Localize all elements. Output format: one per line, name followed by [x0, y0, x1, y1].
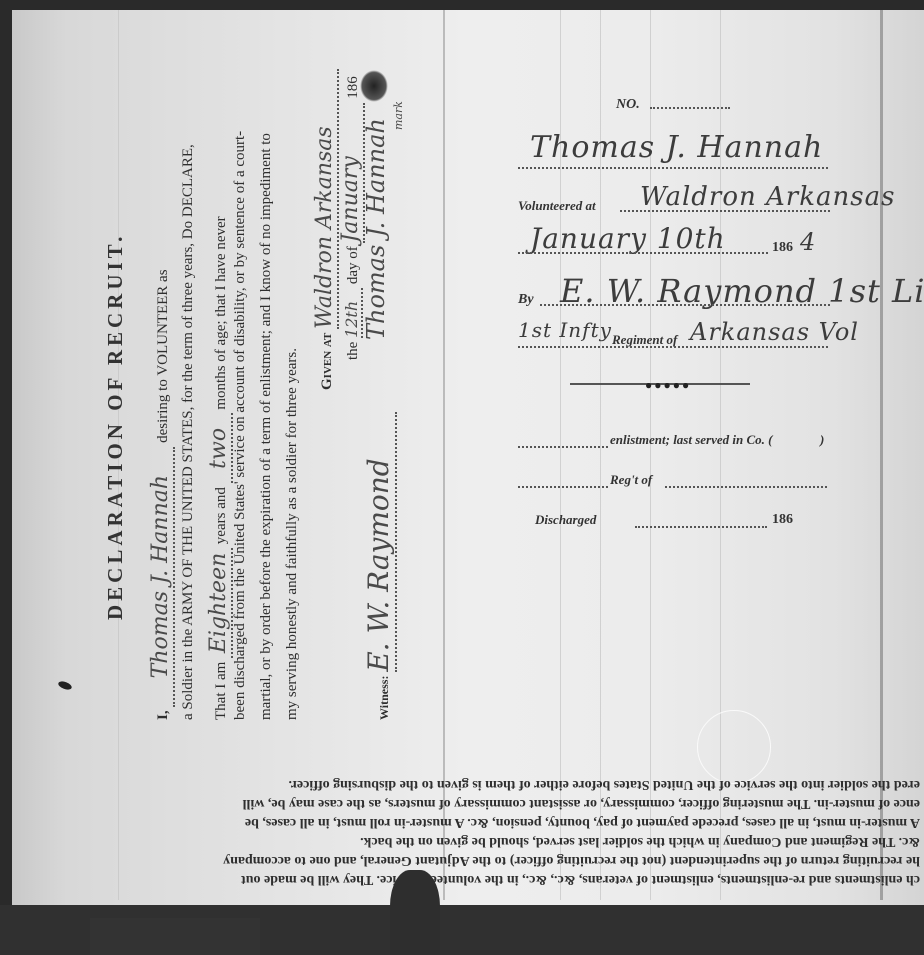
declaration-line-1: I, Thomas J. Hannah desiring to VOLUNTEE…: [148, 269, 175, 720]
declaration-line-6: my serving honestly and faithfully as a …: [284, 348, 301, 720]
date-field-line: [518, 252, 768, 254]
age-years-handwritten: Eighteen: [206, 548, 233, 658]
witness-label: Witness:: [377, 676, 391, 720]
signature-mark-label: mark: [392, 101, 405, 130]
regiment-state-handwritten: Arkansas Vol: [690, 318, 859, 346]
volunteered-year-digit-handwritten: 4: [800, 228, 816, 256]
enlistment-close-paren: ): [820, 432, 824, 448]
date-day-handwritten: 12th: [342, 288, 363, 338]
volunteered-at-label: Volunteered at: [518, 198, 596, 214]
declaration-line-5: martial, or by order before the expirati…: [258, 133, 275, 720]
line1-prefix: I,: [155, 710, 171, 720]
age-months-handwritten: two: [206, 413, 233, 483]
given-at-place-handwritten: Waldron Arkansas: [312, 69, 339, 329]
line3-middle: years and: [213, 487, 229, 544]
right-fold: [880, 10, 883, 900]
footer-line: ence of muster-in. The mustering officer…: [40, 794, 920, 813]
declaration-line-4: been discharged from the United States' …: [232, 131, 249, 720]
date-the: the: [345, 342, 361, 360]
date-day-of: day of: [345, 246, 361, 284]
declaration-line-2: a Soldier in the ARMY OF THE UNITED STAT…: [180, 144, 197, 720]
footer-line: ch enlistments and re-enlistments, enlis…: [40, 870, 920, 889]
declaration-of-recruit-panel: DECLARATION OF RECRUIT. I, Thomas J. Han…: [100, 40, 440, 720]
footer-line: &c. The Regiment and Company in which th…: [40, 832, 920, 851]
witness-signature-handwritten: E. W. Raymond: [362, 412, 397, 672]
volunteered-place-handwritten: Waldron Arkansas: [640, 182, 895, 212]
declaration-line-3: That I am Eighteen years and two months …: [206, 216, 233, 720]
discharged-year-prefix: 186: [772, 512, 793, 528]
date-year-prefix: 186: [345, 76, 361, 99]
recruit-name-handwritten: Thomas J. Hannah: [148, 447, 175, 707]
number-label: NO.: [616, 97, 640, 113]
recruit-name-handwritten-right: Thomas J. Hannah: [530, 130, 823, 165]
regt-field-line-left: [518, 486, 608, 488]
regt-field-line-right: [665, 486, 827, 488]
given-at-line: Given at Waldron Arkansas: [312, 69, 339, 390]
date-line: the 12th day of January 186: [338, 76, 365, 360]
enlistment-field-line: [518, 446, 608, 448]
upside-down-instructions: ch enlistments and re-enlistments, enlis…: [40, 775, 920, 889]
footer-line: A muster-in must, in all cases, precede …: [40, 813, 920, 832]
date-month-handwritten: January: [338, 103, 365, 243]
ornament-dots: ●●●●●: [645, 378, 691, 393]
regt-of-label: Reg't of: [610, 472, 652, 488]
circle-mark: [697, 710, 771, 784]
line1-suffix: desiring to VOLUNTEER as: [155, 269, 171, 442]
declaration-heading: DECLARATION OF RECRUIT.: [103, 233, 128, 620]
line3-prefix: That I am: [213, 662, 229, 720]
volunteered-date-handwritten: January 10th: [530, 222, 726, 255]
discharged-field-line: [635, 526, 767, 528]
enlistment-label: enlistment; last served in Co. (: [610, 432, 773, 448]
given-at-label: Given at: [319, 333, 335, 390]
discharged-label: Discharged: [535, 512, 596, 528]
by-label: By: [518, 292, 534, 308]
footer-line: ered the soldier into the service of the…: [40, 775, 920, 794]
name-field-line: [518, 167, 828, 169]
number-field: [650, 107, 730, 109]
line3-suffix: months of age; that I have never: [213, 216, 229, 409]
paper-tear: [390, 870, 440, 955]
center-fold: [443, 10, 445, 900]
regiment-field-line: [518, 346, 828, 348]
footer-line: he recruiting return of the superintende…: [40, 851, 920, 870]
by-field-line: [540, 304, 830, 306]
volunteered-year-prefix: 186: [772, 240, 793, 256]
recruit-signature-handwritten: Thomas J. Hannah: [362, 118, 390, 340]
paper-tear: [90, 918, 260, 955]
regiment-number-handwritten: 1st Infty: [518, 318, 612, 342]
volunteered-at-field-line: [620, 210, 830, 212]
witness-line: Witness: E. W. Raymond: [362, 412, 397, 720]
